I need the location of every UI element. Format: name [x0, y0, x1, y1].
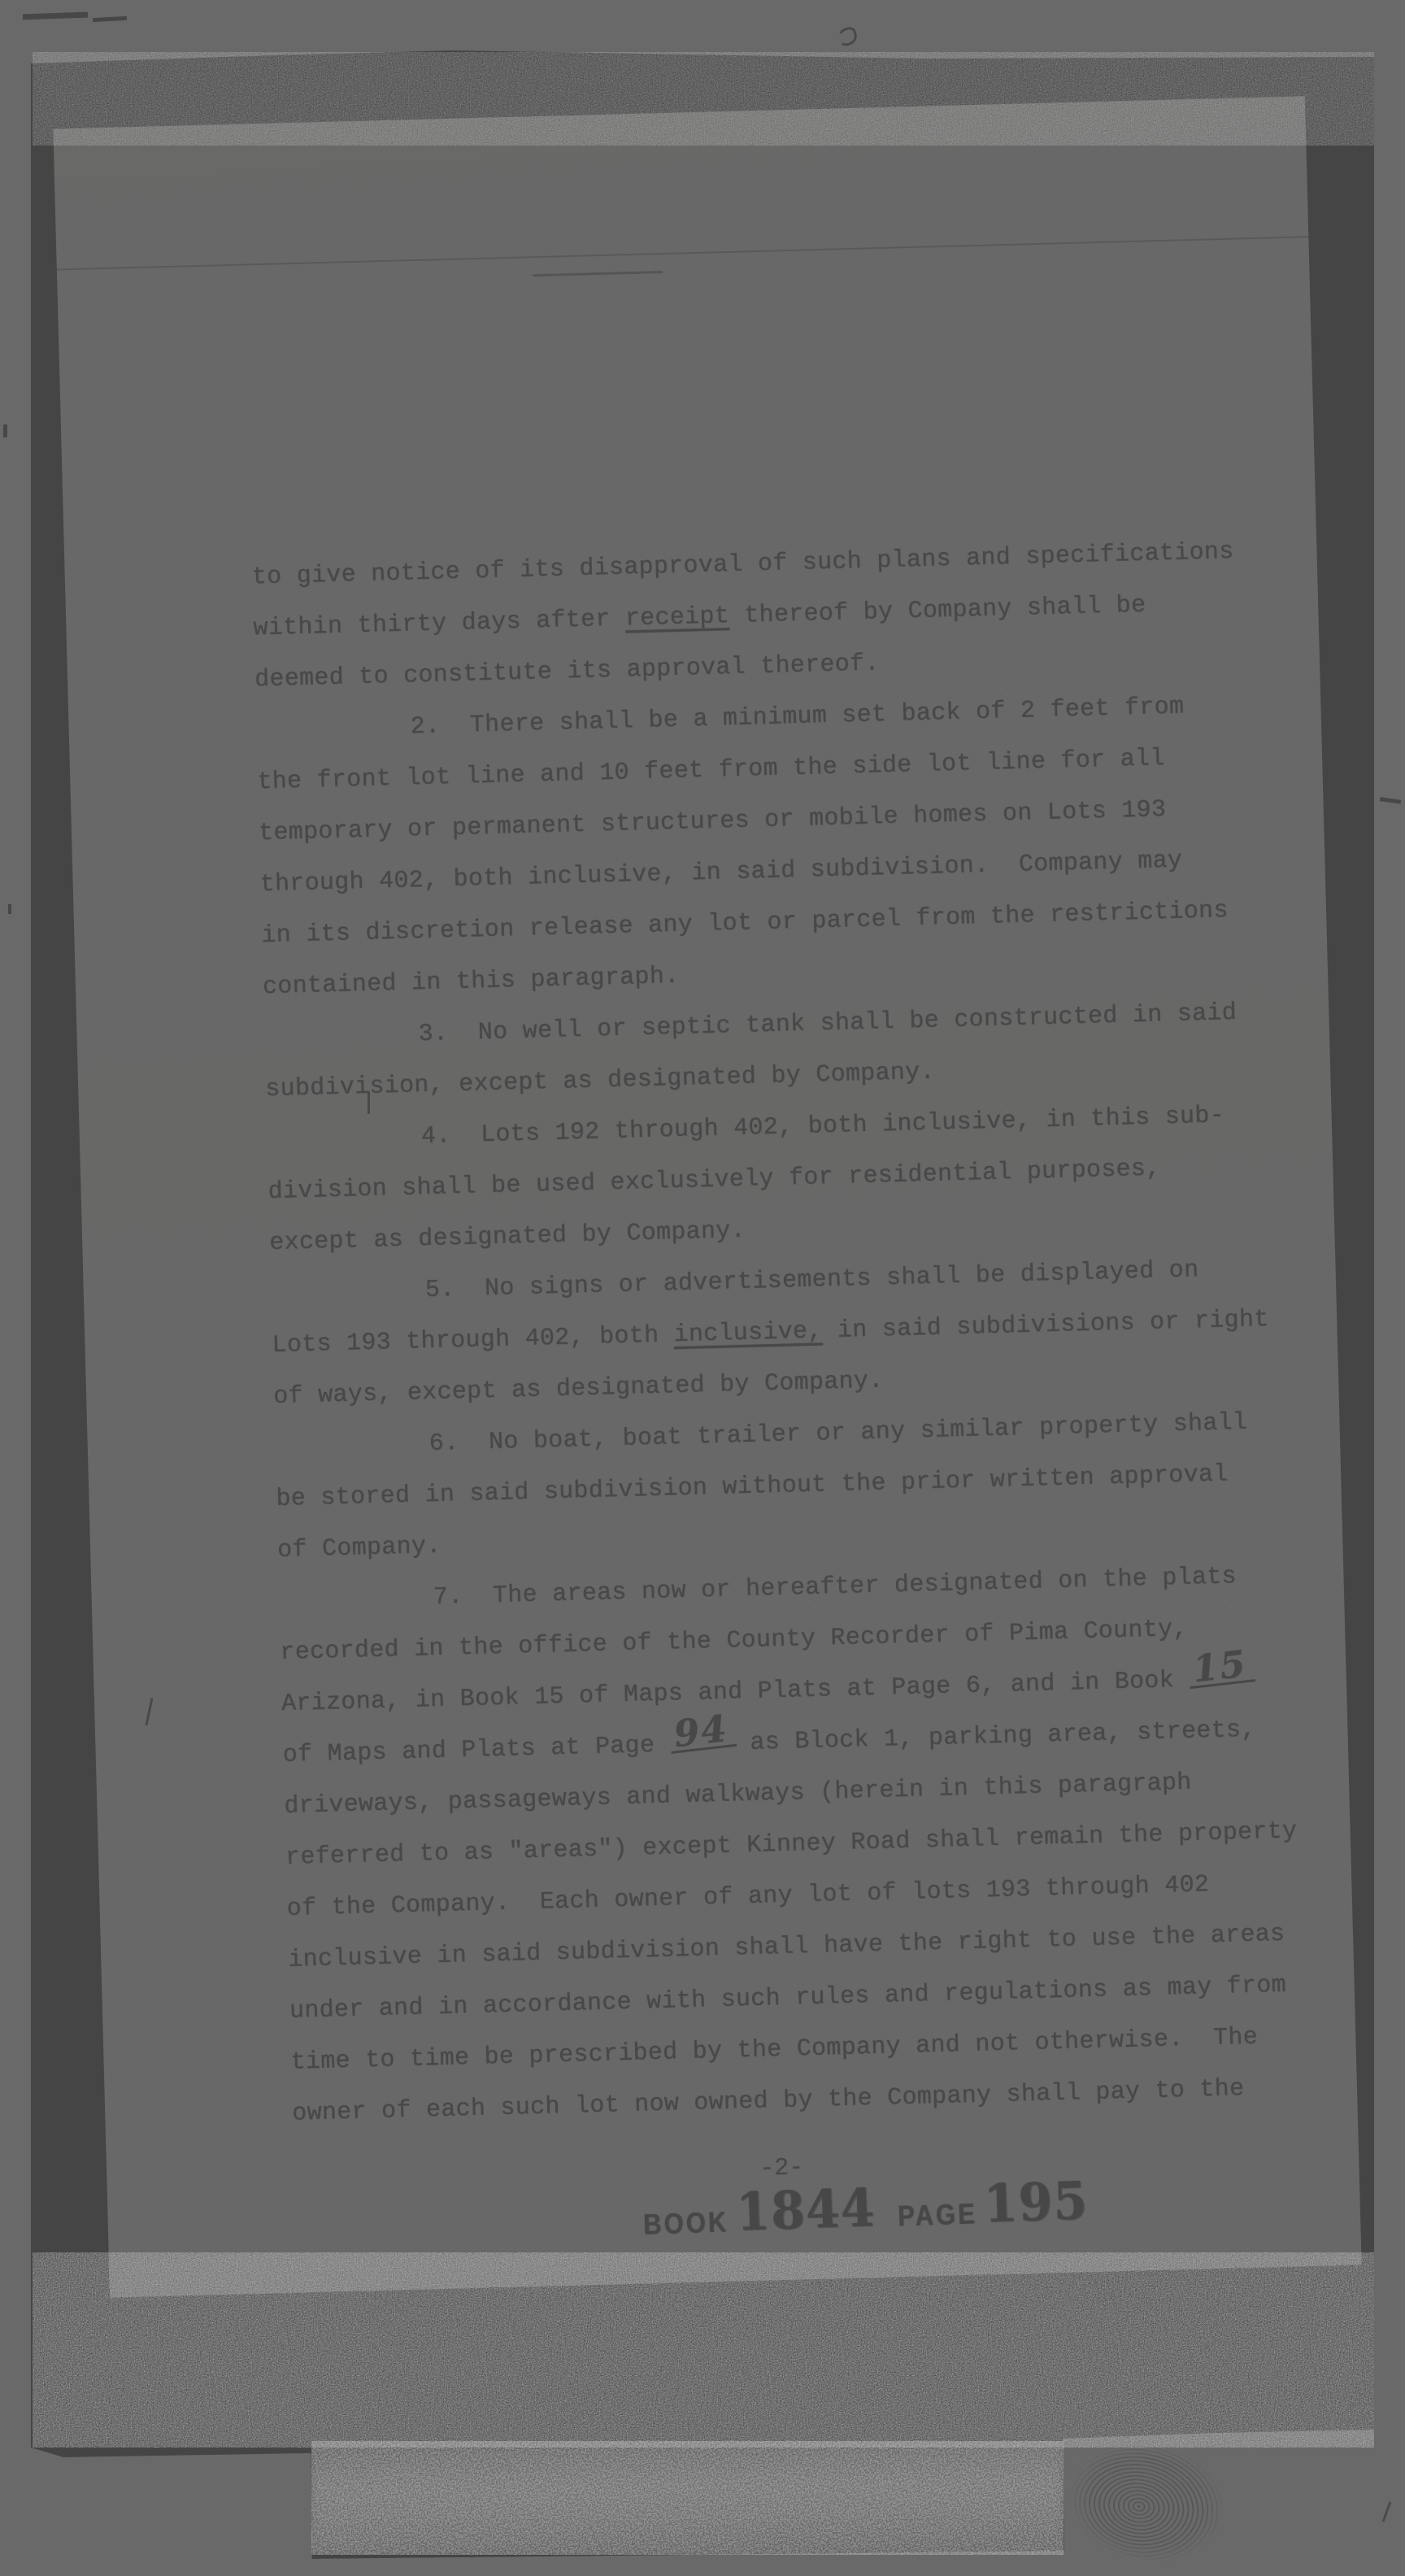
underlined-typed-segment: receipt [624, 603, 729, 633]
typed-segment: of ways, except as designated by Company… [273, 1367, 884, 1411]
typed-segment: in said subdivisions or right [822, 1306, 1269, 1345]
typed-segment: thereof by Company shall be [729, 592, 1146, 630]
scanned-page: to give notice of its disapproval of suc… [53, 96, 1361, 2297]
stamp-page-number: 195 [982, 2170, 1089, 2234]
typed-segment: as Block 1, parking area, streets, [735, 1717, 1256, 1758]
scanned-document-screenshot: to give notice of its disapproval of suc… [0, 0, 1405, 2576]
stray-mark [93, 16, 127, 22]
typed-text: to give notice of its disapproval of suc… [251, 525, 1342, 2140]
typed-segment: except as designated by Company. [269, 1217, 746, 1257]
typed-segment: within thirty days after [253, 605, 625, 642]
stray-mark [1382, 2501, 1392, 2522]
underlined-typed-segment: inclusive, [673, 1317, 823, 1349]
typed-segment: 6. No boat, boat trailer or any similar … [428, 1409, 1247, 1458]
typed-segment: deemed to constitute its approval thereo… [254, 650, 880, 694]
stray-mark [3, 424, 7, 437]
typed-segment: 5. No signs or advertisements shall be d… [424, 1256, 1198, 1304]
fingerprint-smudge [1064, 2433, 1231, 2570]
stray-mark [8, 904, 11, 914]
typed-segment: Lots 193 through 402, both [272, 1321, 674, 1360]
typed-segment: of Maps and Plats at Page [282, 1731, 670, 1769]
typed-segment: 7. The areas now or hereafter designated… [433, 1563, 1237, 1612]
typed-segment: 4. Lots 192 through 402, both inclusive,… [421, 1102, 1225, 1151]
handwritten-number: 94 [668, 1716, 736, 1754]
stamp-page-label: PAGE [897, 2197, 977, 2234]
handwritten-number: 15 [1187, 1651, 1255, 1689]
sheet-edge-line [47, 236, 1332, 271]
book-fore-edge-strip [311, 2437, 1064, 2559]
typed-segment: subdivision, except as designated by Com… [265, 1059, 935, 1104]
stamp-book-label: BOOK [642, 2205, 729, 2242]
stamp-book-number: 1844 [735, 2178, 876, 2243]
stray-mark [1380, 797, 1401, 804]
sheet-edge-line-short [533, 271, 663, 276]
typed-segment: 2. There shall be a minimum set back of … [410, 693, 1184, 741]
stray-mark [23, 12, 88, 20]
typed-segment: of Company. [277, 1533, 442, 1564]
stray-mark [368, 1091, 370, 1114]
typed-segment: 3. No well or septic tank shall be const… [418, 999, 1237, 1048]
stray-mark [836, 25, 859, 47]
typed-segment: contained in this paragraph. [263, 963, 680, 1001]
